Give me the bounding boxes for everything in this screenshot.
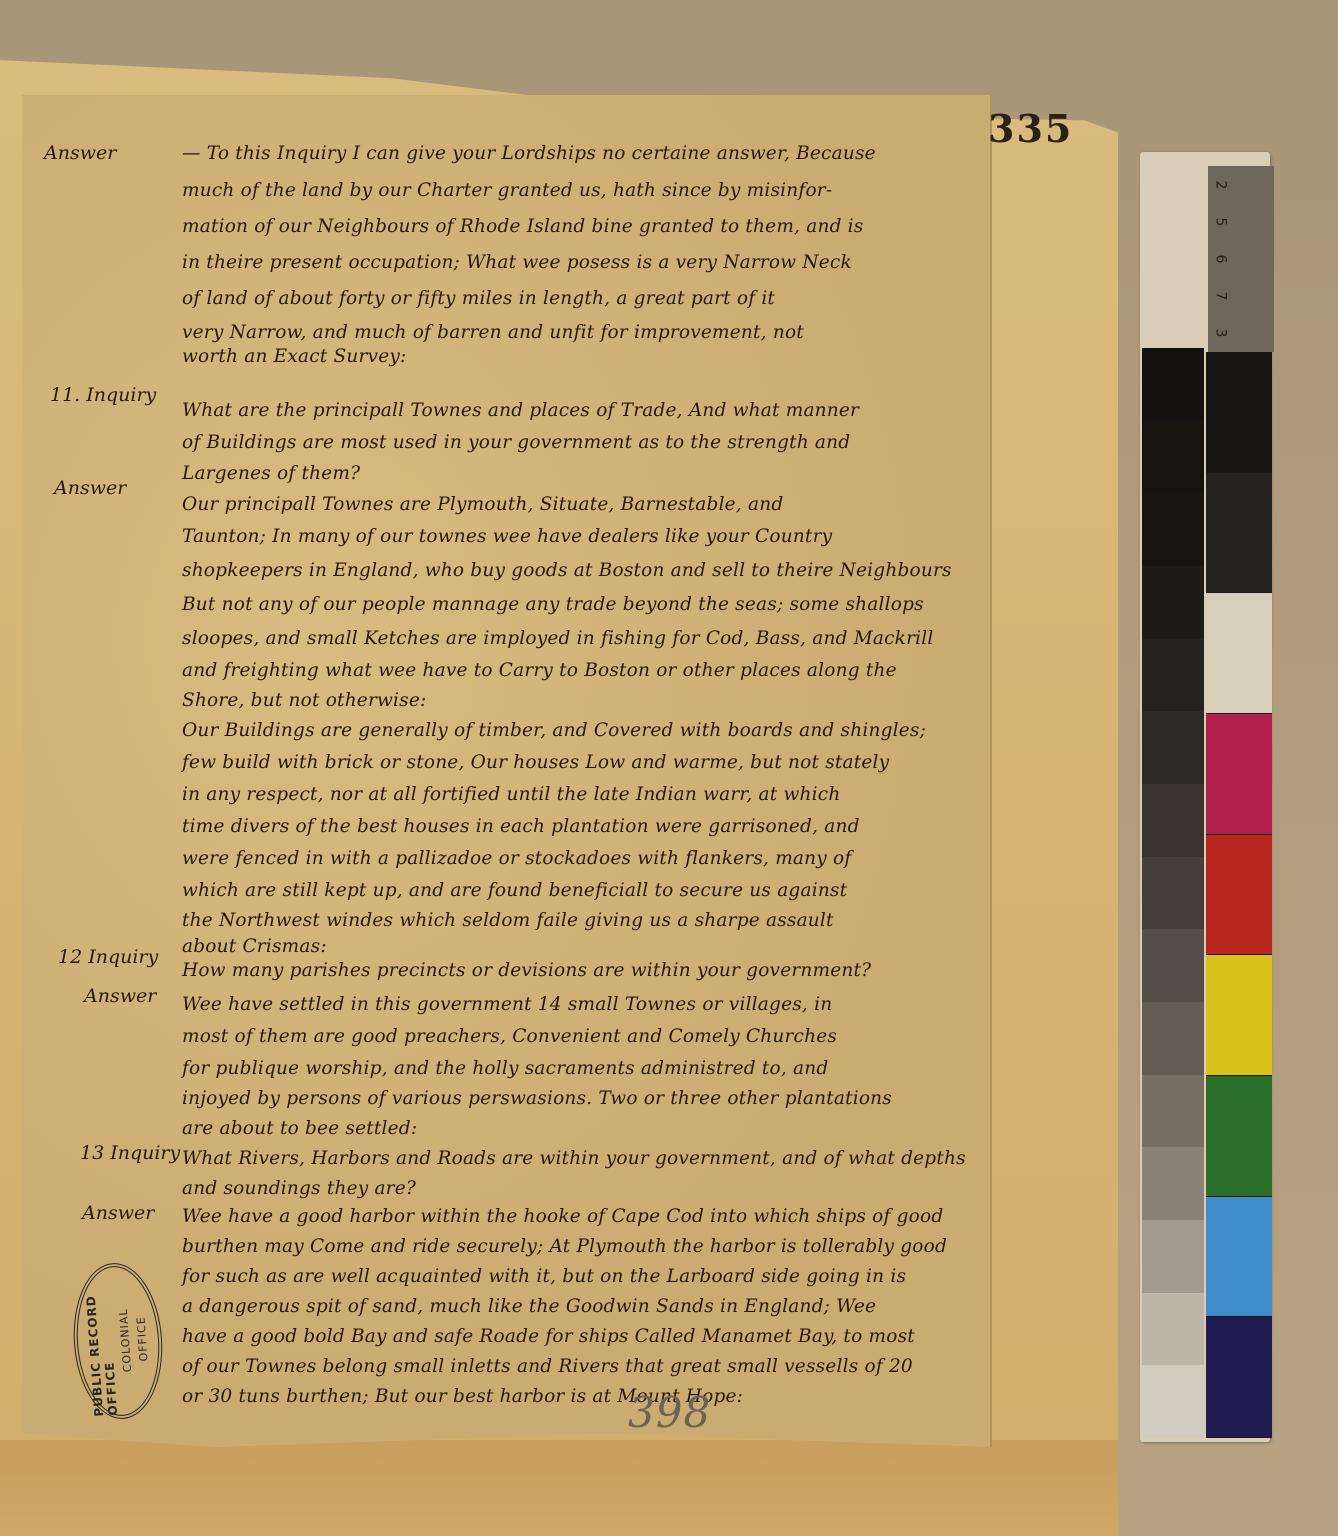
gray-patch [1142, 1075, 1204, 1148]
color-patch-white [1206, 593, 1272, 714]
gray-patch [1142, 929, 1204, 1002]
manuscript-line: shopkeepers in England, who buy goods at… [182, 560, 952, 581]
ruler-tick-label: 2 [1212, 180, 1228, 189]
manuscript-line: sloopes, and small Ketches are imployed … [182, 628, 934, 649]
gray-patch [1142, 1147, 1204, 1220]
margin-label: 13 Inquiry [80, 1142, 180, 1164]
margin-label: Answer [44, 142, 116, 164]
color-patch-navy [1206, 1317, 1272, 1438]
manuscript-line: much of the land by our Charter granted … [182, 180, 832, 201]
gray-patch [1142, 493, 1204, 566]
manuscript-line: Taunton; In many of our townes wee have … [182, 526, 832, 547]
manuscript-line: What are the principall Townes and place… [182, 400, 859, 421]
manuscript-line: a dangerous spit of sand, much like the … [182, 1296, 876, 1317]
pencil-page-number: 398 [628, 1388, 711, 1437]
manuscript-line: have a good bold Bay and safe Roade for … [182, 1326, 915, 1347]
stamp-inner-line-2: OFFICE [134, 1316, 150, 1362]
manuscript-line: What Rivers, Harbors and Roads are withi… [182, 1148, 966, 1169]
gray-patch [1142, 857, 1204, 930]
manuscript-line: and freighting what wee have to Carry to… [182, 660, 897, 681]
gray-patch [1142, 1293, 1204, 1366]
gray-patch [1142, 784, 1204, 857]
gray-patch [1142, 711, 1204, 784]
color-patch-dark-gray [1206, 473, 1272, 594]
manuscript-line: worth an Exact Survey: [182, 346, 406, 367]
gray-patch [1142, 1220, 1204, 1293]
manuscript-line: in theire present occupation; What wee p… [182, 252, 852, 273]
manuscript-line: Shore, but not otherwise: [182, 690, 426, 711]
margin-label: 12 Inquiry [58, 946, 158, 968]
manuscript-line: injoyed by persons of various perswasion… [182, 1088, 892, 1109]
manuscript-line: for publique worship, and the holly sacr… [182, 1058, 828, 1079]
manuscript-line: in any respect, nor at all fortified unt… [182, 784, 840, 805]
margin-label: 11. Inquiry [50, 384, 156, 406]
manuscript-line: Our principall Townes are Plymouth, Situ… [182, 494, 783, 515]
manuscript-line: for such as are well acquainted with it,… [182, 1266, 906, 1287]
color-patch-cyan-blue [1206, 1197, 1272, 1318]
ruler-tick-label: 3 [1212, 329, 1228, 338]
color-patch-strip [1206, 352, 1272, 1438]
manuscript-line: few build with brick or stone, Our house… [182, 752, 889, 773]
folio-number: 335 [988, 106, 1073, 151]
manuscript-line: Wee have settled in this government 14 s… [182, 994, 832, 1015]
manuscript-line: Our Buildings are generally of timber, a… [182, 720, 926, 741]
color-patch-yellow [1206, 955, 1272, 1076]
manuscript-line: the Northwest windes which seldom faile … [182, 910, 834, 931]
manuscript-line: — To this Inquiry I can give your Lordsh… [182, 143, 876, 164]
manuscript-line: Largenes of them? [182, 463, 360, 484]
manuscript-line: But not any of our people mannage any tr… [182, 594, 924, 615]
gray-patch [1142, 1365, 1204, 1438]
gray-scale-strip [1142, 348, 1204, 1438]
manuscript-line: are about to bee settled: [182, 1118, 417, 1139]
ruler-tick-label: 5 [1212, 217, 1228, 226]
gray-patch [1142, 639, 1204, 712]
manuscript-line: of land of about forty or fifty miles in… [182, 288, 775, 309]
manuscript-line: How many parishes precincts or devisions… [182, 960, 871, 981]
manuscript-line: Wee have a good harbor within the hooke … [182, 1206, 943, 1227]
gray-patch [1142, 348, 1204, 421]
manuscript-line: which are still kept up, and are found b… [182, 880, 847, 901]
gray-patch [1142, 1002, 1204, 1075]
color-patch-green [1206, 1076, 1272, 1197]
color-patch-magenta [1206, 714, 1272, 835]
ruler-tick-label: 6 [1212, 255, 1228, 264]
gray-patch [1142, 566, 1204, 639]
color-patch-red [1206, 835, 1272, 956]
manuscript-line: and soundings they are? [182, 1178, 416, 1199]
manuscript-line: of our Townes belong small inletts and R… [182, 1356, 913, 1377]
ruler-tick-label: 7 [1212, 292, 1228, 301]
manuscript-line: of Buildings are most used in your gover… [182, 432, 850, 453]
manuscript-line: time divers of the best houses in each p… [182, 816, 860, 837]
stamp-inner-line-1: COLONIAL [117, 1308, 134, 1373]
manuscript-line: mation of our Neighbours of Rhode Island… [182, 216, 864, 237]
margin-label: Answer [54, 477, 126, 499]
color-patch-black [1206, 352, 1272, 473]
manuscript-line: very Narrow, and much of barren and unfi… [182, 322, 804, 343]
stamp-outer-text: PUBLIC RECORD OFFICE [82, 1267, 120, 1417]
manuscript-line: were fenced in with a pallizadoe or stoc… [182, 848, 851, 869]
scale-ruler: 25673 [1208, 166, 1274, 352]
manuscript-line: about Crismas: [182, 936, 327, 957]
manuscript-line: most of them are good preachers, Conveni… [182, 1026, 837, 1047]
manuscript-line: burthen may Come and ride securely; At P… [182, 1236, 947, 1257]
backing-folio-bottom [0, 1440, 1118, 1536]
gray-patch [1142, 421, 1204, 494]
margin-label: Answer [82, 1202, 154, 1224]
margin-label: Answer [84, 985, 156, 1007]
